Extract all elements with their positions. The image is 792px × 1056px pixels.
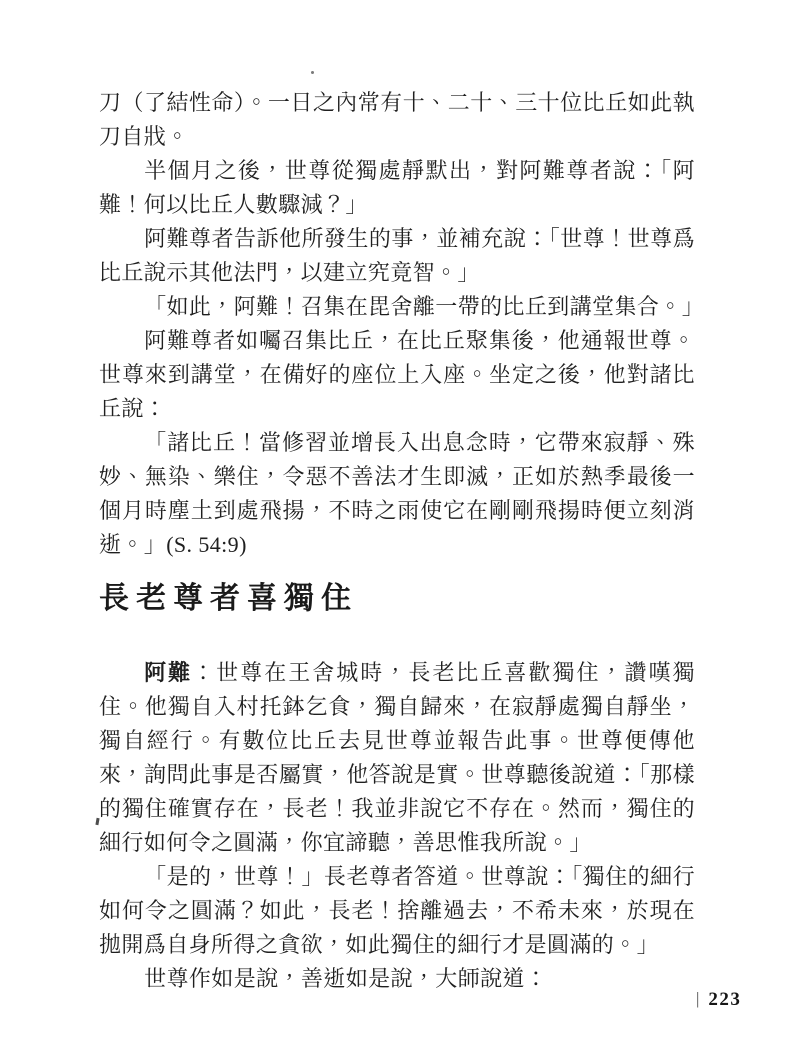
section-paragraph-text: ：世尊在王舍城時，長老比丘喜歡獨住，讚嘆獨住。他獨自入村托鉢乞食，獨自歸來，在寂…: [99, 660, 695, 855]
page-footer: |223: [696, 986, 741, 1013]
page-number: 223: [708, 989, 741, 1010]
narrator-label: 阿難: [144, 660, 192, 685]
body-paragraph: 阿難尊者告訴他所發生的事，並補充說：「世尊！世尊爲比丘說示其他法門，以建立究竟智…: [99, 222, 695, 290]
body-paragraph: 半個月之後，世尊從獨處靜默出，對阿難尊者說：「阿難！何以比丘人數驟減？」: [99, 154, 695, 222]
section-paragraph: 世尊作如是說，善逝如是說，大師說道：: [99, 962, 695, 996]
section-heading: 長老尊者喜獨住: [99, 576, 695, 622]
book-page: 刀（了結性命）。一日之內常有十、二十、三十位比丘如此執刀自戕。 半個月之後，世尊…: [0, 0, 792, 1056]
body-paragraph: 阿難尊者如囑召集比丘，在比丘聚集後，他通報世尊。世尊來到講堂，在備好的座位上入座…: [99, 324, 695, 426]
body-paragraph: 刀（了結性命）。一日之內常有十、二十、三十位比丘如此執刀自戕。: [99, 86, 695, 154]
text-block: 刀（了結性命）。一日之內常有十、二十、三十位比丘如此執刀自戕。 半個月之後，世尊…: [99, 86, 695, 996]
section-paragraph: 「是的，世尊！」長老尊者答道。世尊說：「獨住的細行如何令之圓滿？如此，長老！捨離…: [99, 860, 695, 962]
footer-divider: |: [696, 989, 699, 1008]
body-paragraph: 「諸比丘！當修習並增長入出息念時，它帶來寂靜、殊妙、無染、樂住，令惡不善法才生即…: [99, 426, 695, 562]
body-paragraph: 「如此，阿難！召集在毘舍離一帶的比丘到講堂集合。」: [99, 290, 695, 324]
scan-speck: [311, 71, 314, 74]
section-paragraph: 阿難：世尊在王舍城時，長老比丘喜歡獨住，讚嘆獨住。他獨自入村托鉢乞食，獨自歸來，…: [99, 656, 695, 860]
